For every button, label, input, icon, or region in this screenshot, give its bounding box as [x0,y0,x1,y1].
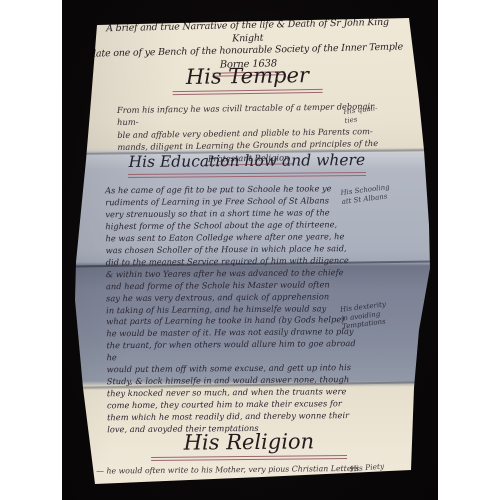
section-heading: His Education how and where [81,151,413,173]
education-paragraph: As he came of age fit to be put to Schoo… [105,183,361,436]
section-heading: His Temper [91,62,403,91]
margin-note-piety: His Piety [350,463,385,475]
manuscript-paper: A brief and true Narrative of the life &… [62,0,438,500]
manuscript-photo: A brief and true Narrative of the life &… [62,0,438,500]
manuscript-line: them which he most readily did, and ther… [107,410,361,424]
heading-rule [151,455,347,461]
manuscript-line: the truant, for when others would allure… [106,338,360,364]
heading-rule [128,172,366,178]
heading-rule [173,89,323,95]
section-heading: His Religion [90,428,408,455]
